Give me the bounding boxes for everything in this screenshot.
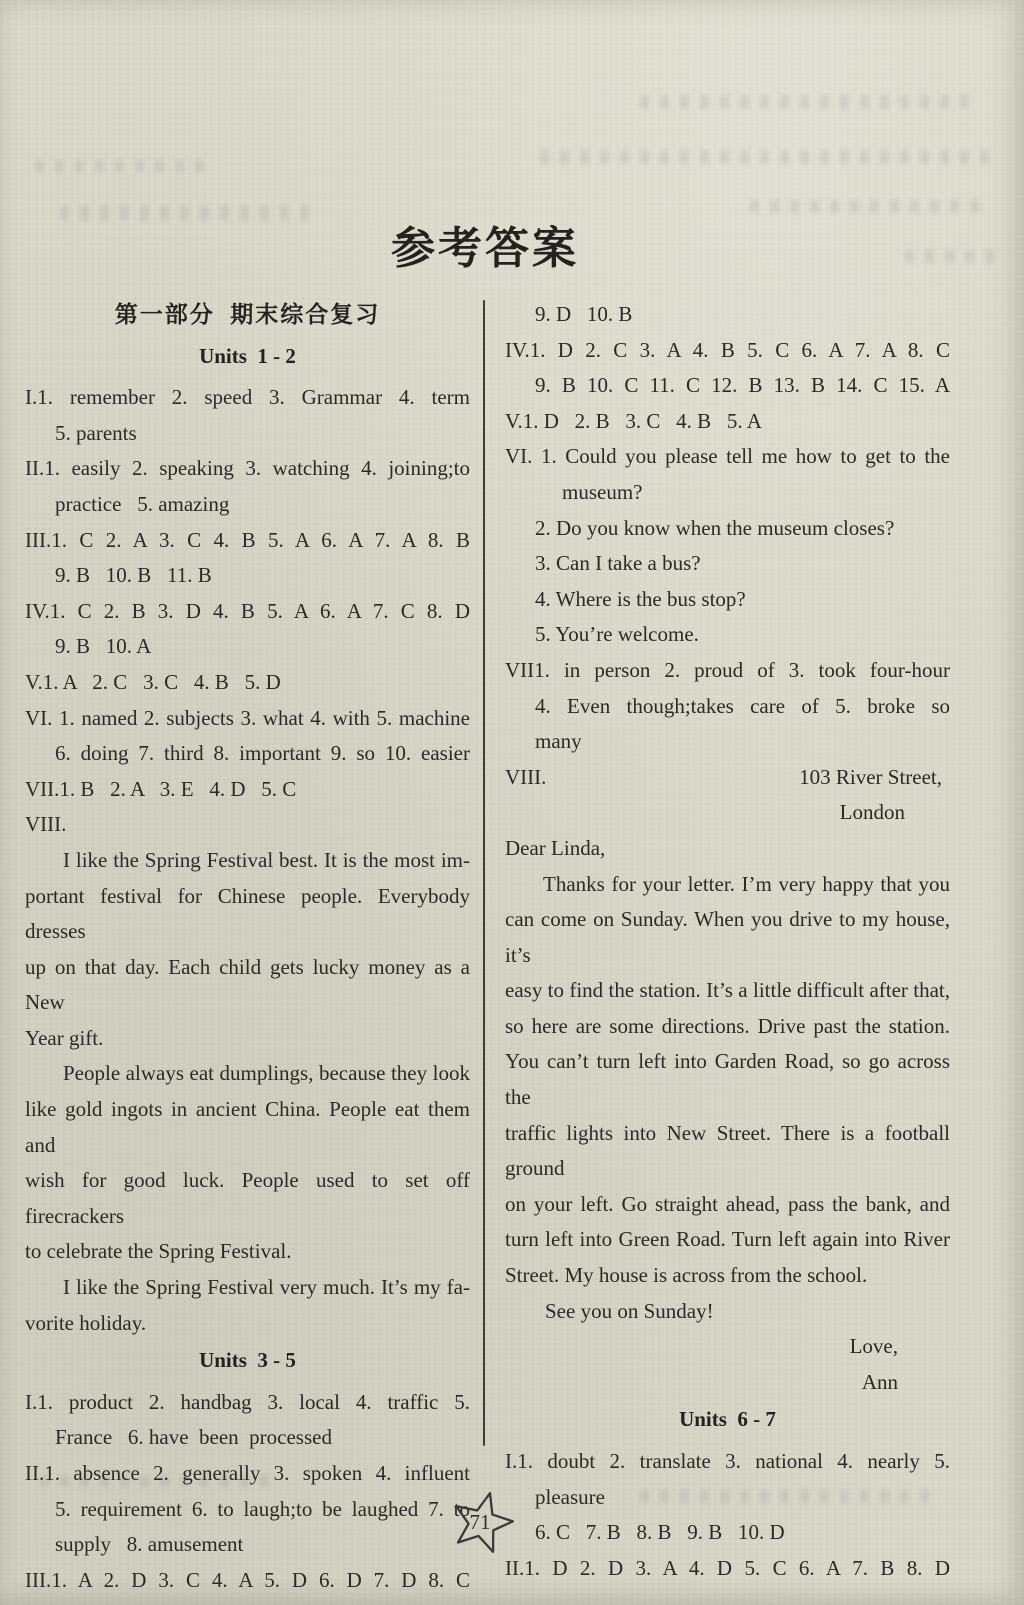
answers-left-column: 第一部分 期末综合复习Units 1 - 2I.1. remember 2. s… (25, 297, 470, 1598)
text-line: vorite holiday. (25, 1306, 470, 1342)
text-line: I.1. remember 2. speed 3. Grammar 4. ter… (25, 380, 470, 416)
text-line: VII1. in person 2. proud of 3. took four… (505, 653, 950, 689)
text-line: traffic lights into New Street. There is… (505, 1116, 950, 1187)
text-line: III.1. C 2. A 3. C 4. B 5. A 6. A 7. A 8… (25, 523, 470, 559)
text-line: pleasure (505, 1480, 950, 1516)
text-line: I like the Spring Festival best. It is t… (25, 843, 470, 879)
letter-heading-line: VIII.103 River Street, (505, 760, 950, 796)
text-line: museum? (505, 475, 950, 511)
text-line: France 6. have been processed (25, 1420, 470, 1456)
workbook-page: 参考答案 第一部分 期末综合复习Units 1 - 2I.1. remember… (0, 0, 1024, 1605)
text-line: Thanks for your letter. I’m very happy t… (505, 867, 950, 903)
text-line: practice 5. amazing (25, 487, 470, 523)
text-line: 9. B 10. C 11. C 12. B 13. B 14. C 15. A (505, 368, 950, 404)
text-line: IV.1. C 2. B 3. D 4. B 5. A 6. A 7. C 8.… (25, 594, 470, 630)
text-line: 3. Can I take a bus? (505, 546, 950, 582)
page-number: 71 (465, 1510, 495, 1535)
text-line: up on that day. Each child gets lucky mo… (25, 950, 470, 1021)
text-line: 5. parents (25, 416, 470, 452)
text-line: V.1. A 2. C 3. C 4. B 5. D (25, 665, 470, 701)
column-divider (483, 300, 485, 1446)
text-line: V.1. D 2. B 3. C 4. B 5. A (505, 404, 950, 440)
text-line: Dear Linda, (505, 831, 950, 867)
text-line: turn left into Green Road. Turn left aga… (505, 1222, 950, 1258)
text-line: You can’t turn left into Garden Road, so… (505, 1044, 950, 1115)
text-line: II.1. easily 2. speaking 3. watching 4. … (25, 451, 470, 487)
text-line: 2. Do you know when the museum closes? (505, 511, 950, 547)
text-line: VII.1. B 2. A 3. E 4. D 5. C (25, 772, 470, 808)
text-line: People always eat dumplings, because the… (25, 1056, 470, 1092)
text-line: 6. C 7. B 8. B 9. B 10. D (505, 1515, 950, 1551)
text-line: so here are some directions. Drive past … (505, 1009, 950, 1045)
text-line: II.1. absence 2. generally 3. spoken 4. … (25, 1456, 470, 1492)
part-heading: 第一部分 期末综合复习 (25, 297, 470, 333)
text-line: 4. Where is the bus stop? (505, 582, 950, 618)
text-line: 5. You’re welcome. (505, 617, 950, 653)
text-line: See you on Sunday! (505, 1294, 950, 1330)
page-title: 参考答案 (0, 212, 970, 276)
text-line: like gold ingots in ancient China. Peopl… (25, 1092, 470, 1163)
text-line: many (505, 724, 950, 760)
letter-address-line: 103 River Street, (799, 760, 942, 796)
bleed-through-smudge (640, 95, 970, 109)
text-line: to celebrate the Spring Festival. (25, 1234, 470, 1270)
text-line: portant festival for Chinese people. Eve… (25, 879, 470, 950)
text-line: London (505, 795, 950, 831)
text-line: easy to find the station. It’s a little … (505, 973, 950, 1009)
text-line: III.1. A 2. D 3. C 4. A 5. D 6. D 7. D 8… (25, 1563, 470, 1599)
units-heading: Units 3 - 5 (25, 1343, 470, 1379)
text-line: Love, (505, 1329, 950, 1365)
text-line: I.1. product 2. handbag 3. local 4. traf… (25, 1385, 470, 1421)
exercise-number-label: VIII. (505, 760, 546, 796)
text-line: VI. 1. named 2. subjects 3. what 4. with… (25, 701, 470, 737)
text-line: 5. requirement 6. to laugh;to be laughed… (25, 1492, 470, 1528)
text-line: VIII. (25, 807, 470, 843)
text-line: II.1. D 2. D 3. A 4. D 5. C 6. A 7. B 8.… (505, 1551, 950, 1587)
text-line: 9. D 10. B (505, 297, 950, 333)
text-line: Year gift. (25, 1021, 470, 1057)
text-line: wish for good luck. People used to set o… (25, 1163, 470, 1234)
units-heading: Units 6 - 7 (505, 1402, 950, 1438)
text-line: I.1. doubt 2. translate 3. national 4. n… (505, 1444, 950, 1480)
bleed-through-smudge (540, 150, 990, 164)
answers-right-column: 9. D 10. BIV.1. D 2. C 3. A 4. B 5. C 6.… (505, 297, 950, 1586)
text-line: 9. B 10. B 11. B (25, 558, 470, 594)
page-number-star: 71 (449, 1490, 515, 1556)
text-line: can come on Sunday. When you drive to my… (505, 902, 950, 973)
bleed-through-smudge (35, 160, 215, 172)
text-line: IV.1. D 2. C 3. A 4. B 5. C 6. A 7. A 8.… (505, 333, 950, 369)
text-line: 6. doing 7. third 8. important 9. so 10.… (25, 736, 470, 772)
text-line: VI. 1. Could you please tell me how to g… (505, 439, 950, 475)
text-line: 9. B 10. A (25, 629, 470, 665)
text-line: Street. My house is across from the scho… (505, 1258, 950, 1294)
text-line: supply 8. amusement (25, 1527, 470, 1563)
text-line: I like the Spring Festival very much. It… (25, 1270, 470, 1306)
text-line: Ann (505, 1365, 950, 1401)
text-line: on your left. Go straight ahead, pass th… (505, 1187, 950, 1223)
text-line: 4. Even though;takes care of 5. broke so (505, 689, 950, 725)
units-heading: Units 1 - 2 (25, 339, 470, 375)
